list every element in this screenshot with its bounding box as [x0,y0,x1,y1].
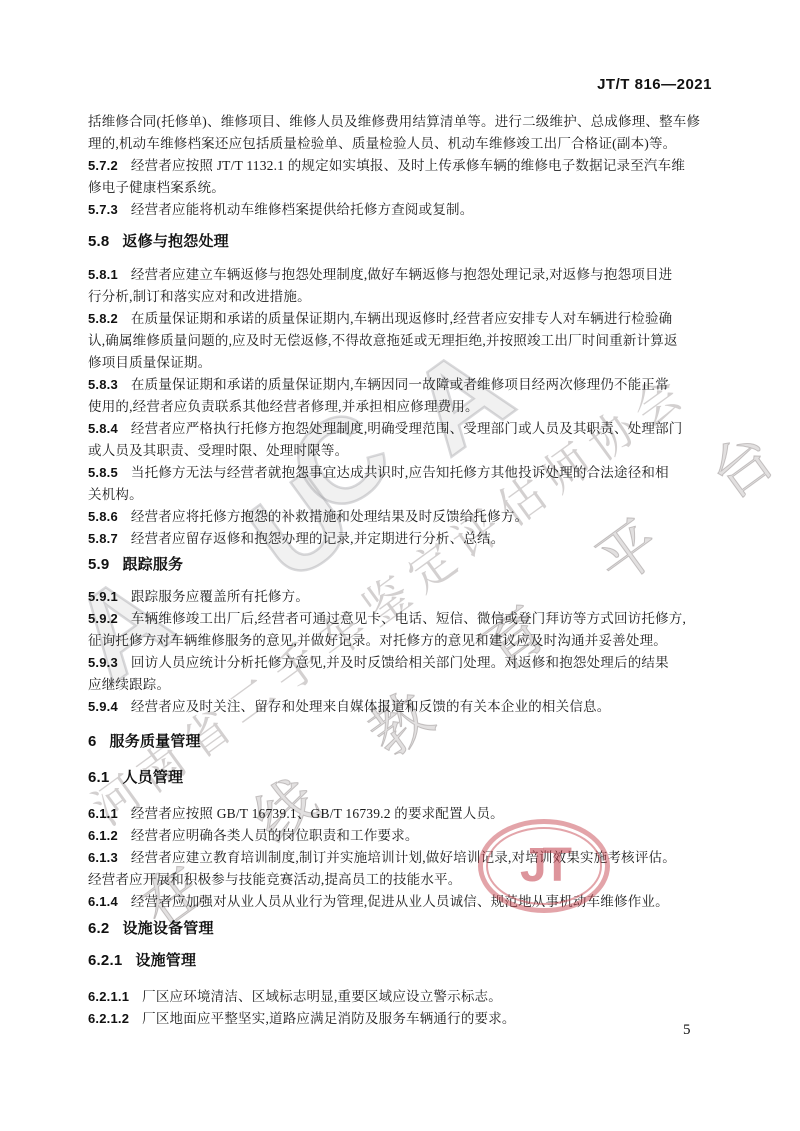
text-line: 或人员及其职责、受理时限、处理时限等。 [88,440,718,462]
text-line: 经营者应开展和积极参与技能竞赛活动,提高员工的技能水平。 [88,869,718,891]
text-line: 修项目质量保证期。 [88,352,718,374]
clause-text: 认,确属维修质量问题的,应及时无偿返修,不得故意拖延或无理拒绝,并按照竣工出厂时… [88,333,678,348]
text-line: 关机构。 [88,484,718,506]
clause-number: 5.8.4 [88,421,118,436]
text-line: 6.1.2经营者应明确各类人员的岗位职责和工作要求。 [88,825,718,847]
clause-number: 5.7.2 [88,158,118,173]
clause-block: 6.2.1.2厂区地面应平整坚实,道路应满足消防及服务车辆通行的要求。 [88,1008,718,1030]
clause-number: 5.8.5 [88,465,118,480]
clause-text: 经营者应按照 GB/T 16739.1、GB/T 16739.2 的要求配置人员… [131,806,504,821]
text-line: 括维修合同(托修单)、维修项目、维修人员及维修费用结算清单等。进行二级维护、总成… [88,111,718,133]
clause-text: 跟踪服务应覆盖所有托修方。 [131,589,309,604]
clause-text: 关机构。 [88,487,143,502]
text-line: 6.1.4经营者应加强对从业人员从业行为管理,促进从业人员诚信、规范地从事机动车… [88,891,718,913]
text-line: 5.8.2在质量保证期和承诺的质量保证期内,车辆出现返修时,经营者应安排专人对车… [88,308,718,330]
text-line: 5.7.3经营者应能将机动车维修档案提供给托修方查阅或复制。 [88,199,718,221]
clause-block: 6.1.4经营者应加强对从业人员从业行为管理,促进从业人员诚信、规范地从事机动车… [88,891,718,913]
heading-text: 人员管理 [122,769,183,786]
clause-text: 经营者应建立车辆返修与抱怨处理制度,做好车辆返修与抱怨处理记录,对返修与抱怨项目… [131,267,672,282]
clause-text: 使用的,经营者应负责联系其他经营者修理,并承担相应修理费用。 [88,399,479,414]
clause-block: 5.9.4经营者应及时关注、留存和处理来自媒体报道和反馈的有关本企业的相关信息。 [88,696,718,718]
clause-block: 5.8.7经营者应留存返修和抱怨办理的记录,并定期进行分析、总结。 [88,528,718,550]
clause-number: 6.1.3 [88,850,118,865]
clause-number: 5.8.2 [88,311,118,326]
heading-text: 设施设备管理 [122,920,213,937]
clause-number: 5.8.3 [88,377,118,392]
clause-text: 经营者应严格执行托修方抱怨处理制度,明确受理范围、受理部门或人员及其职责、处理部… [131,421,683,436]
section-heading: 6.1人员管理 [88,767,718,789]
text-line: 5.9跟踪服务 [88,554,718,576]
clause-block: 括维修合同(托修单)、维修项目、维修人员及维修费用结算清单等。进行二级维护、总成… [88,111,718,155]
text-line: 5.9.3回访人员应统计分析托修方意见,并及时反馈给相关部门处理。对返修和抱怨处… [88,652,718,674]
clause-block: 5.8.4经营者应严格执行托修方抱怨处理制度,明确受理范围、受理部门或人员及其职… [88,418,718,462]
clause-text: 在质量保证期和承诺的质量保证期内,车辆因同一故障或者维修项目经两次修理仍不能正常 [131,377,669,392]
clause-text: 回访人员应统计分析托修方意见,并及时反馈给相关部门处理。对返修和抱怨处理后的结果 [131,655,669,670]
clause-text: 经营者应能将机动车维修档案提供给托修方查阅或复制。 [131,202,474,217]
clause-block: 5.7.3经营者应能将机动车维修档案提供给托修方查阅或复制。 [88,199,718,221]
clause-block: 5.7.2经营者应按照 JT/T 1132.1 的规定如实填报、及时上传承修车辆… [88,155,718,199]
clause-number: 6.2.1 [88,952,122,969]
clause-text: 应继续跟踪。 [88,677,170,692]
section-heading: 5.9跟踪服务 [88,554,718,576]
text-line: 理的,机动车维修档案还应包括质量检验单、质量检验人员、机动车维修竣工出厂合格证(… [88,133,718,155]
clause-number: 6.2.1.2 [88,1011,129,1026]
clause-block: 5.9.3回访人员应统计分析托修方意见,并及时反馈给相关部门处理。对返修和抱怨处… [88,652,718,696]
text-line: 应继续跟踪。 [88,674,718,696]
clause-text: 经营者应加强对从业人员从业行为管理,促进从业人员诚信、规范地从事机动车维修作业。 [131,894,669,909]
clause-number: 6.2.1.1 [88,989,129,1004]
text-line: 5.9.2车辆维修竣工出厂后,经营者可通过意见卡、电话、短信、微信或登门拜访等方… [88,608,718,630]
text-line: 6.1.1经营者应按照 GB/T 16739.1、GB/T 16739.2 的要… [88,803,718,825]
clause-text: 括维修合同(托修单)、维修项目、维修人员及维修费用结算清单等。进行二级维护、总成… [88,114,700,129]
clause-block: 6.1.2经营者应明确各类人员的岗位职责和工作要求。 [88,825,718,847]
text-line: 6.2.1设施管理 [88,950,718,972]
clause-number: 6.2 [88,920,109,937]
clause-text: 车辆维修竣工出厂后,经营者可通过意见卡、电话、短信、微信或登门拜访等方式回访托修… [131,611,686,626]
clause-text: 经营者应及时关注、留存和处理来自媒体报道和反馈的有关本企业的相关信息。 [131,699,611,714]
standard-code-header: JT/T 816—2021 [597,76,712,93]
clause-block: 6.2.1.1厂区应环境清洁、区域标志明显,重要区域应设立警示标志。 [88,986,718,1008]
document-page: 河南省二手车鉴定评估师协会在线教育平台AUCA JT/T 816—2021 括维… [0,0,800,1131]
section-heading: 6.2设施设备管理 [88,918,718,940]
heading-text: 返修与抱怨处理 [122,233,228,250]
clause-text: 经营者应按照 JT/T 1132.1 的规定如实填报、及时上传承修车辆的维修电子… [131,158,685,173]
text-line: 6.2.1.1厂区应环境清洁、区域标志明显,重要区域应设立警示标志。 [88,986,718,1008]
text-line: 征询托修方对车辆维修服务的意见,并做好记录。对托修方的意见和建议应及时沟通并妥善… [88,630,718,652]
clause-number: 5.9.3 [88,655,118,670]
clause-text: 经营者应建立教育培训制度,制订并实施培训计划,做好培训记录,对培训效果实施考核评… [131,850,676,865]
text-line: 5.8.7经营者应留存返修和抱怨办理的记录,并定期进行分析、总结。 [88,528,718,550]
heading-text: 服务质量管理 [110,733,201,750]
clause-text: 理的,机动车维修档案还应包括质量检验单、质量检验人员、机动车维修竣工出厂合格证(… [88,136,676,151]
text-line: 6.1人员管理 [88,767,718,789]
clause-text: 或人员及其职责、受理时限、处理时限等。 [88,443,348,458]
clause-block: 5.9.2车辆维修竣工出厂后,经营者可通过意见卡、电话、短信、微信或登门拜访等方… [88,608,718,652]
clause-text: 厂区应环境清洁、区域标志明显,重要区域应设立警示标志。 [142,989,502,1004]
clause-number: 6.1.4 [88,894,118,909]
clause-number: 5.8.7 [88,531,118,546]
text-line: 5.8.6经营者应将托修方抱怨的补救措施和处理结果及时反馈给托修方。 [88,506,718,528]
clause-text: 厂区地面应平整坚实,道路应满足消防及服务车辆通行的要求。 [142,1011,515,1026]
section-heading: 5.8返修与抱怨处理 [88,231,718,253]
clause-number: 5.8.6 [88,509,118,524]
clause-text: 经营者应留存返修和抱怨办理的记录,并定期进行分析、总结。 [131,531,504,546]
text-line: 行分析,制订和落实应对和改进措施。 [88,286,718,308]
text-line: 5.9.1跟踪服务应覆盖所有托修方。 [88,586,718,608]
clause-block: 6.1.3经营者应建立教育培训制度,制订并实施培训计划,做好培训记录,对培训效果… [88,847,718,891]
clause-number: 6 [88,733,97,750]
clause-block: 5.8.6经营者应将托修方抱怨的补救措施和处理结果及时反馈给托修方。 [88,506,718,528]
clause-number: 6.1.1 [88,806,118,821]
heading-text: 设施管理 [135,952,196,969]
text-line: 6.2设施设备管理 [88,918,718,940]
clause-text: 当托修方无法与经营者就抱怨事宜达成共识时,应告知托修方其他投诉处理的合法途径和相 [131,465,669,480]
clause-text: 经营者应明确各类人员的岗位职责和工作要求。 [131,828,419,843]
clause-number: 5.8.1 [88,267,118,282]
clause-text: 经营者应将托修方抱怨的补救措施和处理结果及时反馈给托修方。 [131,509,528,524]
document-body: 括维修合同(托修单)、维修项目、维修人员及维修费用结算清单等。进行二级维护、总成… [88,111,718,1030]
section-heading: 6服务质量管理 [88,731,718,753]
clause-text: 修电子健康档案系统。 [88,180,225,195]
text-line: 6服务质量管理 [88,731,718,753]
clause-text: 在质量保证期和承诺的质量保证期内,车辆出现返修时,经营者应安排专人对车辆进行检验… [131,311,672,326]
clause-text: 征询托修方对车辆维修服务的意见,并做好记录。对托修方的意见和建议应及时沟通并妥善… [88,633,667,648]
clause-block: 5.9.1跟踪服务应覆盖所有托修方。 [88,586,718,608]
clause-number: 6.1 [88,769,109,786]
heading-text: 跟踪服务 [122,556,183,573]
text-line: 认,确属维修质量问题的,应及时无偿返修,不得故意拖延或无理拒绝,并按照竣工出厂时… [88,330,718,352]
clause-number: 5.9.4 [88,699,118,714]
clause-block: 6.1.1经营者应按照 GB/T 16739.1、GB/T 16739.2 的要… [88,803,718,825]
clause-number: 6.1.2 [88,828,118,843]
page-number: 5 [683,1022,691,1039]
clause-number: 5.7.3 [88,202,118,217]
clause-number: 5.9.1 [88,589,118,604]
clause-block: 5.8.2在质量保证期和承诺的质量保证期内,车辆出现返修时,经营者应安排专人对车… [88,308,718,374]
clause-number: 5.8 [88,233,109,250]
section-heading: 6.2.1设施管理 [88,950,718,972]
text-line: 修电子健康档案系统。 [88,177,718,199]
text-line: 使用的,经营者应负责联系其他经营者修理,并承担相应修理费用。 [88,396,718,418]
clause-number: 5.9.2 [88,611,118,626]
text-line: 6.2.1.2厂区地面应平整坚实,道路应满足消防及服务车辆通行的要求。 [88,1008,718,1030]
clause-block: 5.8.5当托修方无法与经营者就抱怨事宜达成共识时,应告知托修方其他投诉处理的合… [88,462,718,506]
clause-text: 行分析,制订和落实应对和改进措施。 [88,289,311,304]
clause-number: 5.9 [88,556,109,573]
text-line: 6.1.3经营者应建立教育培训制度,制订并实施培训计划,做好培训记录,对培训效果… [88,847,718,869]
text-line: 5.9.4经营者应及时关注、留存和处理来自媒体报道和反馈的有关本企业的相关信息。 [88,696,718,718]
text-line: 5.8.1经营者应建立车辆返修与抱怨处理制度,做好车辆返修与抱怨处理记录,对返修… [88,264,718,286]
clause-text: 经营者应开展和积极参与技能竞赛活动,提高员工的技能水平。 [88,872,461,887]
text-line: 5.7.2经营者应按照 JT/T 1132.1 的规定如实填报、及时上传承修车辆… [88,155,718,177]
text-line: 5.8返修与抱怨处理 [88,231,718,253]
clause-block: 5.8.1经营者应建立车辆返修与抱怨处理制度,做好车辆返修与抱怨处理记录,对返修… [88,264,718,308]
clause-block: 5.8.3在质量保证期和承诺的质量保证期内,车辆因同一故障或者维修项目经两次修理… [88,374,718,418]
text-line: 5.8.4经营者应严格执行托修方抱怨处理制度,明确受理范围、受理部门或人员及其职… [88,418,718,440]
clause-text: 修项目质量保证期。 [88,355,211,370]
text-line: 5.8.5当托修方无法与经营者就抱怨事宜达成共识时,应告知托修方其他投诉处理的合… [88,462,718,484]
text-line: 5.8.3在质量保证期和承诺的质量保证期内,车辆因同一故障或者维修项目经两次修理… [88,374,718,396]
